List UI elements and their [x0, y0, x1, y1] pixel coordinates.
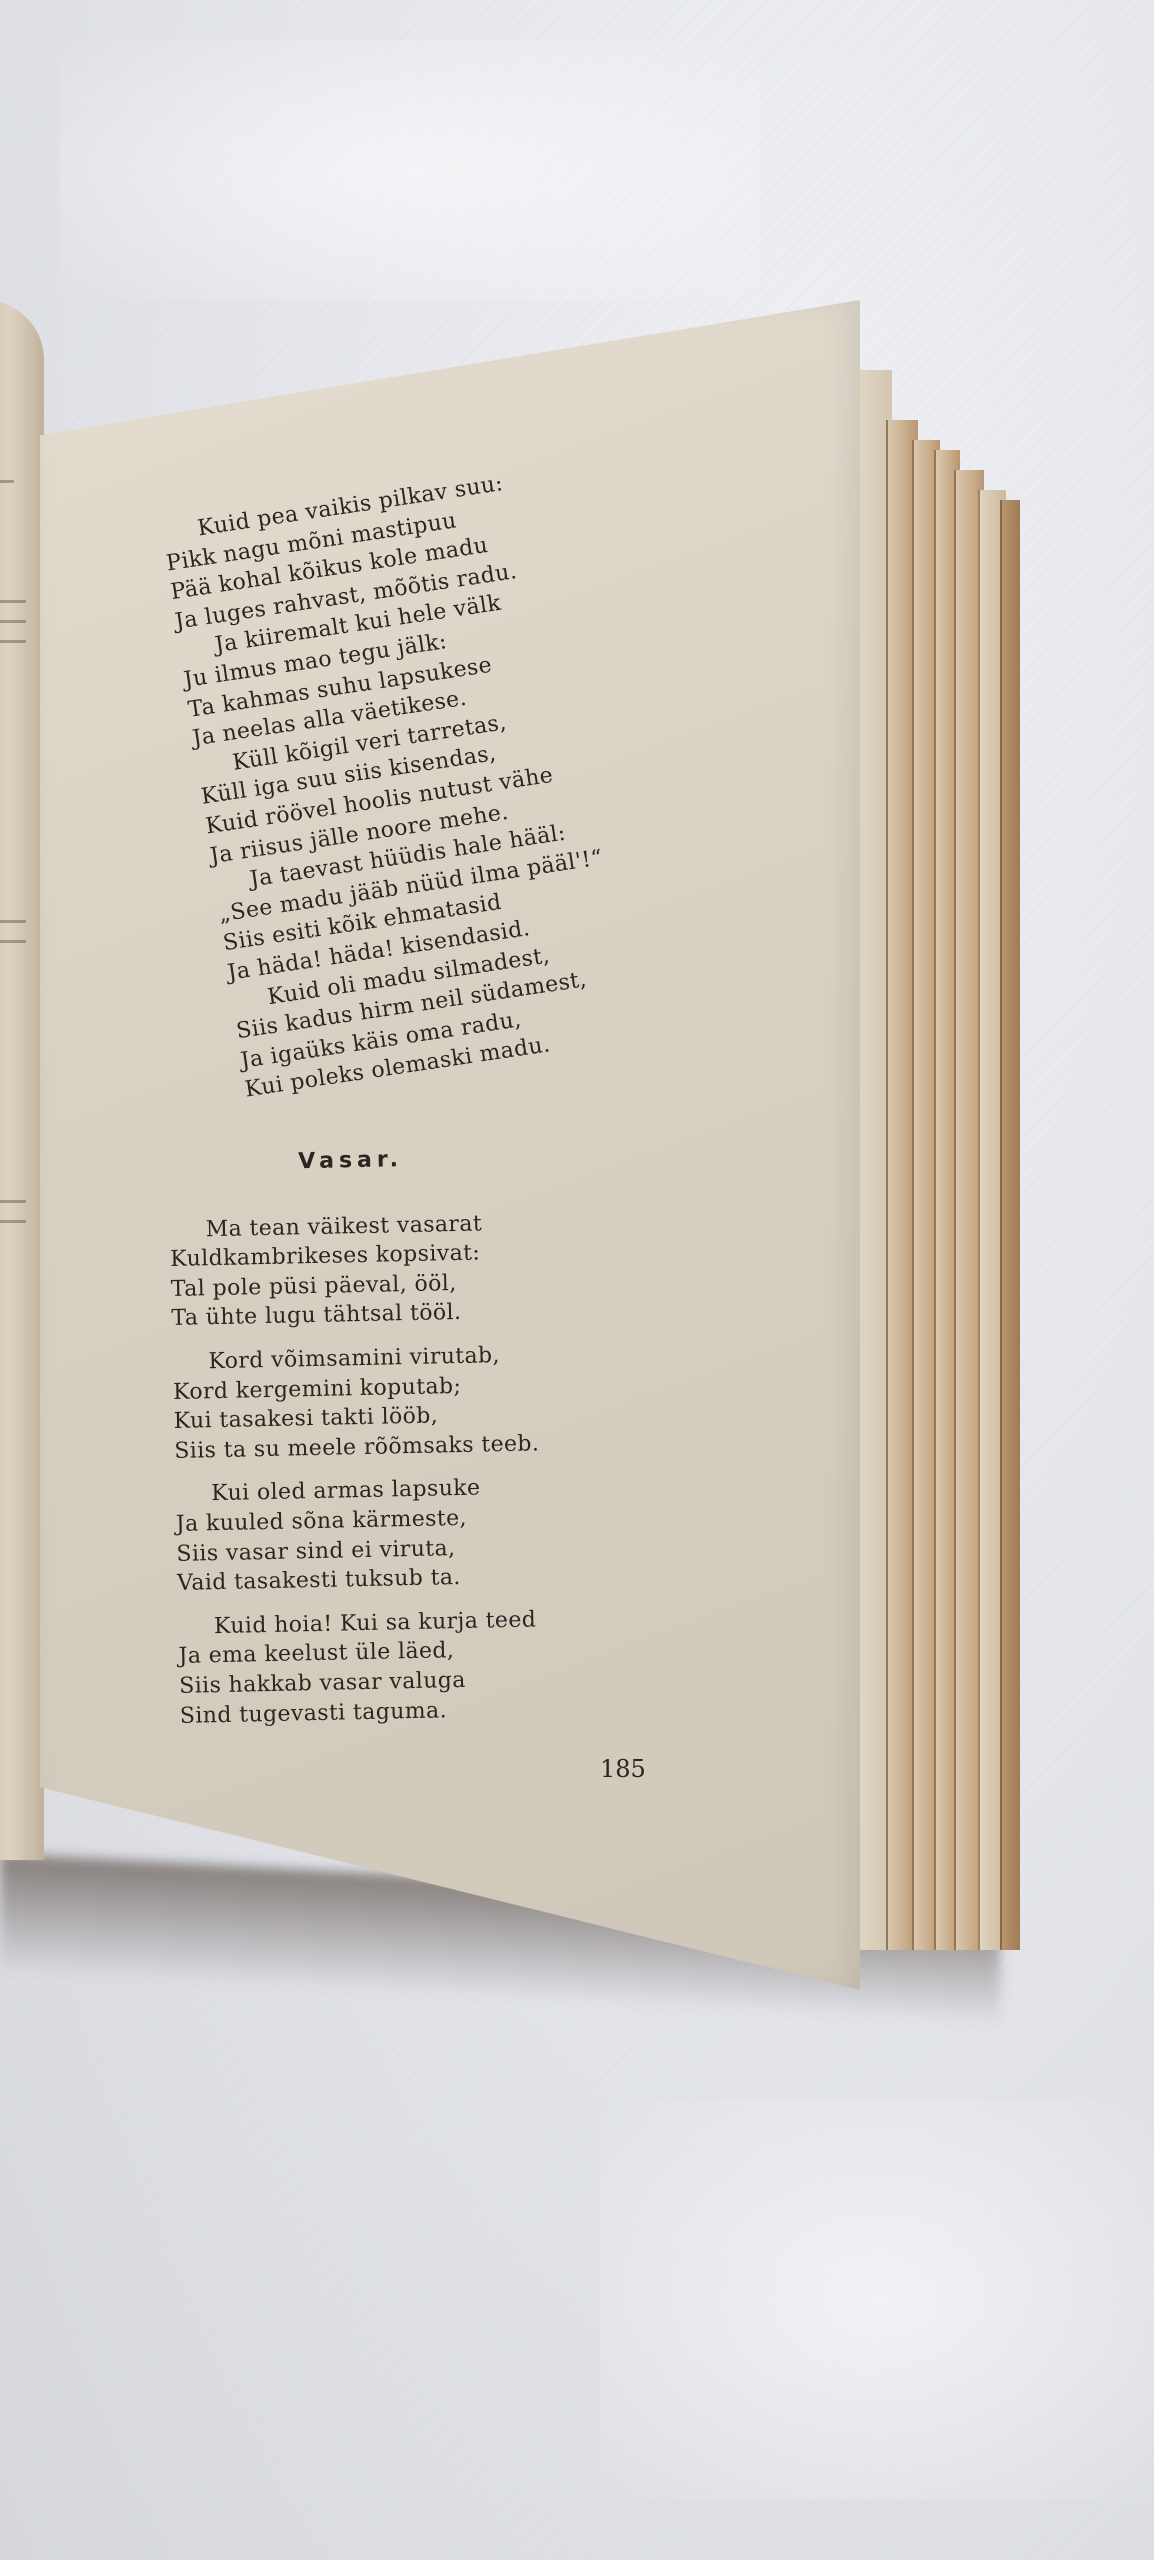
poem-vasar: Vasar. Ma tean väikest vasarat Kuldkambr… [168, 1139, 700, 1745]
tablecloth-highlight [600, 2100, 1154, 2500]
page-number: 185 [600, 1755, 646, 1783]
tablecloth-highlight [60, 40, 760, 300]
page-edges-stack [850, 380, 1020, 1950]
stanza: Kuid hoia! Kui sa kurja teed Ja ema keel… [178, 1602, 700, 1731]
stanza: Ma tean väikest vasarat Kuldkambrikeses … [169, 1205, 691, 1334]
stanza: Kui oled armas lapsuke Ja kuuled sõna kä… [175, 1469, 697, 1598]
previous-poem-ending: Kuid pea vaikis pilkav suu: Pikk nagu mõ… [160, 443, 762, 1105]
stanza: Kord võimsamini virutab, Kord kergemini … [172, 1337, 694, 1466]
facing-page-edge [0, 300, 44, 1860]
